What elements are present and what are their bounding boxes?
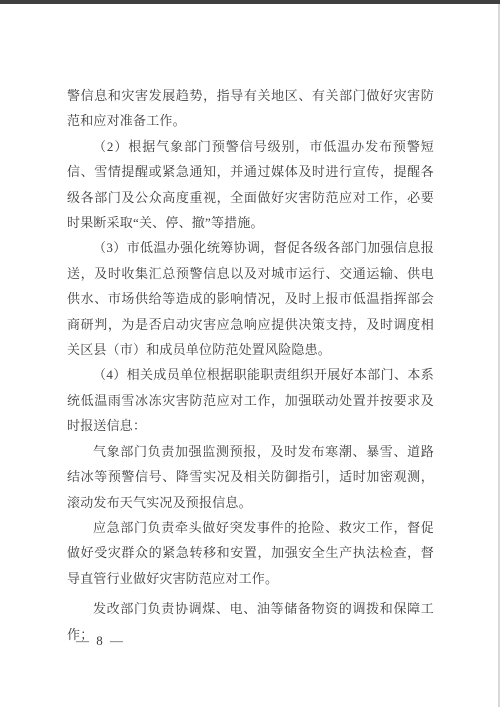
paragraph-item-2: （2）根据气象部门预警信号级别，市低温办发布预警短信、雪情提醒或紧急通知，并通过… <box>67 134 434 236</box>
paragraph-continuation: 警信息和灾害发展趋势，指导有关地区、有关部门做好灾害防范和应对准备工作。 <box>67 83 434 134</box>
page-number: — 8 — <box>76 633 125 649</box>
paragraph-duty-emergency: 应急部门负责牵头做好突发事件的抢险、救灾工作，督促做好受灾群众的紧急转移和安置，… <box>67 515 434 591</box>
document-body: 警信息和灾害发展趋势，指导有关地区、有关部门做好灾害防范和应对准备工作。 （2）… <box>67 83 434 647</box>
paragraph-duty-weather: 气象部门负责加强监测预报，及时发布寒潮、暴雪、道路结冰等预警信号、降雪实况及相关… <box>67 439 434 515</box>
paragraph-item-3: （3）市低温办强化统筹协调，督促各级各部门加强信息报送，及时收集汇总预警信息以及… <box>67 235 434 362</box>
document-page: 警信息和灾害发展趋势，指导有关地区、有关部门做好灾害防范和应对准备工作。 （2）… <box>0 0 500 707</box>
paragraph-item-4: （4）相关成员单位根据职能职责组织开展好本部门、本系统低温雨雪冰冻灾害防范应对工… <box>67 362 434 438</box>
page-top-border <box>0 0 500 4</box>
